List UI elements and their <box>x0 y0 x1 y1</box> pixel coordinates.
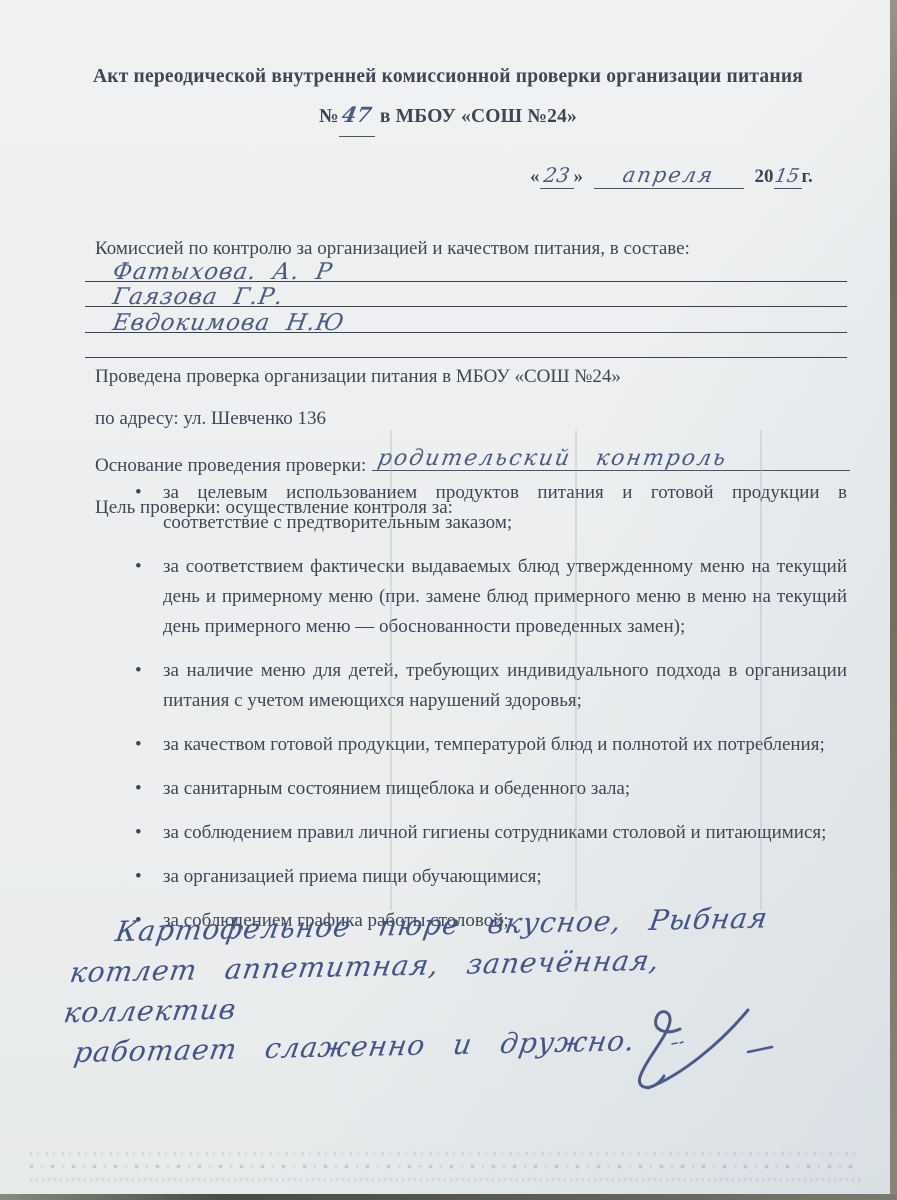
date-quote-open: « <box>530 166 540 187</box>
scan-edge-right <box>890 0 897 1200</box>
title-line-2-rest: в МБОУ «СОШ №24» <box>380 106 577 127</box>
address-line: по адресу: ул. Шевченко 136 <box>95 404 850 433</box>
scanned-document-page: Акт переодической внутренней комиссионно… <box>0 0 897 1200</box>
bullet-icon: • <box>95 730 163 760</box>
basis-underline: родительский контроль <box>372 446 850 471</box>
bullet-icon: • <box>95 774 163 804</box>
bullet-text: за организацией приема пищи обучающимися… <box>163 862 847 892</box>
fold-crease <box>575 430 577 910</box>
bullet-text: за целевым использованием продуктов пита… <box>163 478 847 538</box>
bullet-text: за качеством готовой продукции, температ… <box>163 730 847 760</box>
date-century: 20 <box>755 166 774 187</box>
date-suffix: г. <box>802 166 813 187</box>
act-number-handwritten: 47 <box>339 96 375 134</box>
purpose-bullet-list: •за целевым использованием продуктов пит… <box>95 478 847 950</box>
bullet-text: за соблюдением правил личной гигиены сот… <box>163 818 847 848</box>
document-title: Акт переодической внутренней комиссионно… <box>48 58 848 137</box>
bullet-icon: • <box>95 656 163 716</box>
bleedthrough-row <box>30 1178 860 1181</box>
scan-edge-bottom <box>0 1194 897 1200</box>
list-item: •за соответствием фактически выдаваемых … <box>95 552 847 642</box>
bullet-text: за наличие меню для детей, требующих инд… <box>163 656 847 716</box>
bleedthrough-row <box>30 1152 860 1155</box>
bullet-icon: • <box>95 862 163 892</box>
bleedthrough-row <box>30 1165 860 1168</box>
signature-line-empty <box>85 333 847 359</box>
list-item: •за санитарным состоянием пищеблока и об… <box>95 774 847 804</box>
list-item: •за качеством готовой продукции, темпера… <box>95 730 847 760</box>
bleedthrough-noise <box>30 1152 860 1191</box>
signature-line: Евдокимова Н.Ю <box>85 307 847 333</box>
signature-mark <box>620 1000 810 1100</box>
fold-crease <box>390 430 392 910</box>
bullet-icon: • <box>95 478 163 538</box>
bullet-icon: • <box>95 552 163 642</box>
bullet-icon: • <box>95 818 163 848</box>
title-line-2: №47 в МБОУ «СОШ №24» <box>48 96 848 137</box>
bullet-text: за санитарным состоянием пищеблока и обе… <box>163 774 847 804</box>
basis-label: Основание проведения проверки: <box>95 451 366 480</box>
check-statement: Проведена проверка организации питания в… <box>95 362 850 391</box>
signature-line: Гаязова Г.Р. <box>85 282 847 308</box>
bullet-text: за соответствием фактически выдаваемых б… <box>163 552 847 642</box>
date-year-handwritten: 15 <box>773 165 801 187</box>
date-quote-close: » <box>574 166 584 187</box>
title-line-1: Акт переодической внутренней комиссионно… <box>48 58 848 96</box>
list-item: •за соблюдением правил личной гигиены со… <box>95 818 847 848</box>
basis-line: Основание проведения проверки: родительс… <box>95 446 850 480</box>
number-label: № <box>319 106 339 127</box>
signature-line: Фатыхова. А. Р <box>85 256 847 282</box>
date-month-handwritten: апреля <box>621 163 716 187</box>
date-day-handwritten: 23 <box>542 163 572 187</box>
commission-member-lines: Фатыхова. А. Р Гаязова Г.Р. Евдокимова Н… <box>85 256 847 358</box>
fold-crease <box>760 430 762 910</box>
list-item: •за организацией приема пищи обучающимис… <box>95 862 847 892</box>
basis-value-handwritten: родительский контроль <box>376 444 730 473</box>
list-item: •за наличие меню для детей, требующих ин… <box>95 656 847 716</box>
date-line: «23» апреля 2015г. <box>530 163 860 189</box>
list-item: •за целевым использованием продуктов пит… <box>95 478 847 538</box>
